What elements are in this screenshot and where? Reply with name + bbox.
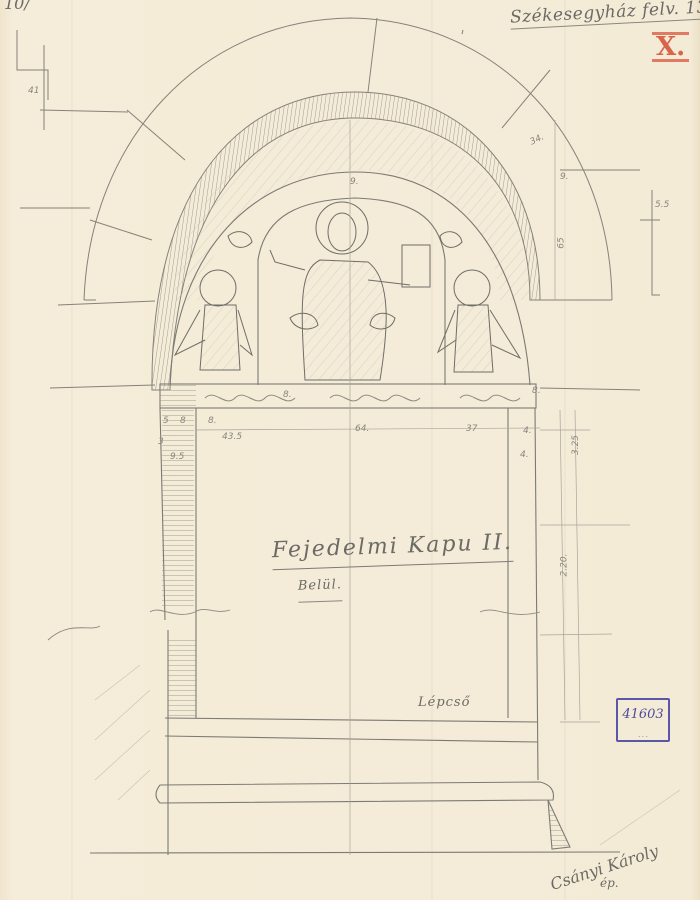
step-base	[90, 718, 620, 853]
stamp-caption: · · ·	[618, 734, 668, 742]
dim-right-profile: 5.5	[655, 200, 669, 210]
signature-suffix: ép.	[600, 876, 619, 890]
page-corner-note: 10/	[4, 0, 30, 13]
dim-lintel-height-right: 8.	[532, 386, 541, 396]
dim-left-jamb-d: 3	[158, 437, 164, 447]
dim-left-profile: 41	[28, 86, 39, 96]
dim-right-jamb-b: 4.	[520, 450, 529, 460]
dim-left-jamb-b: 8	[180, 416, 186, 426]
drawing-subtitle: Belül.	[298, 577, 343, 603]
dim-height-upper: 3.25	[571, 435, 581, 455]
step-label: Lépcső	[418, 695, 470, 710]
portal-elevation-drawing	[0, 0, 700, 900]
dim-right-jamb-a: 4.	[523, 426, 532, 436]
dim-arch-span: 65	[557, 237, 567, 248]
dim-tympanum-inner: 9.	[350, 177, 359, 187]
dim-span-right: 37	[466, 424, 477, 434]
drawing-sheet: 10/ Székesegyház felv. 139. X. Fejedelmi…	[0, 0, 700, 900]
dim-span-left: 43.5	[222, 432, 242, 442]
stamp-number: 41603	[622, 707, 663, 722]
dim-arch-rise: 9.	[560, 172, 569, 182]
dim-span-center: 64.	[355, 424, 369, 434]
left-jamb-hatch-lower	[168, 640, 196, 718]
left-jamb-hatch	[162, 410, 194, 610]
dim-lintel-height: 8.	[283, 390, 292, 400]
dim-left-jamb-e: 9.5	[170, 452, 184, 462]
inventory-stamp: 41603 · · ·	[616, 698, 670, 742]
dim-left-jamb-a: 5	[163, 416, 169, 426]
door-jambs	[160, 408, 538, 855]
lintel	[160, 384, 536, 408]
dim-left-jamb-c: 8.	[208, 416, 217, 426]
break-lines	[48, 609, 540, 640]
dim-height-total: 2.20.	[559, 554, 569, 577]
catalog-red-mark: X.	[652, 32, 689, 62]
